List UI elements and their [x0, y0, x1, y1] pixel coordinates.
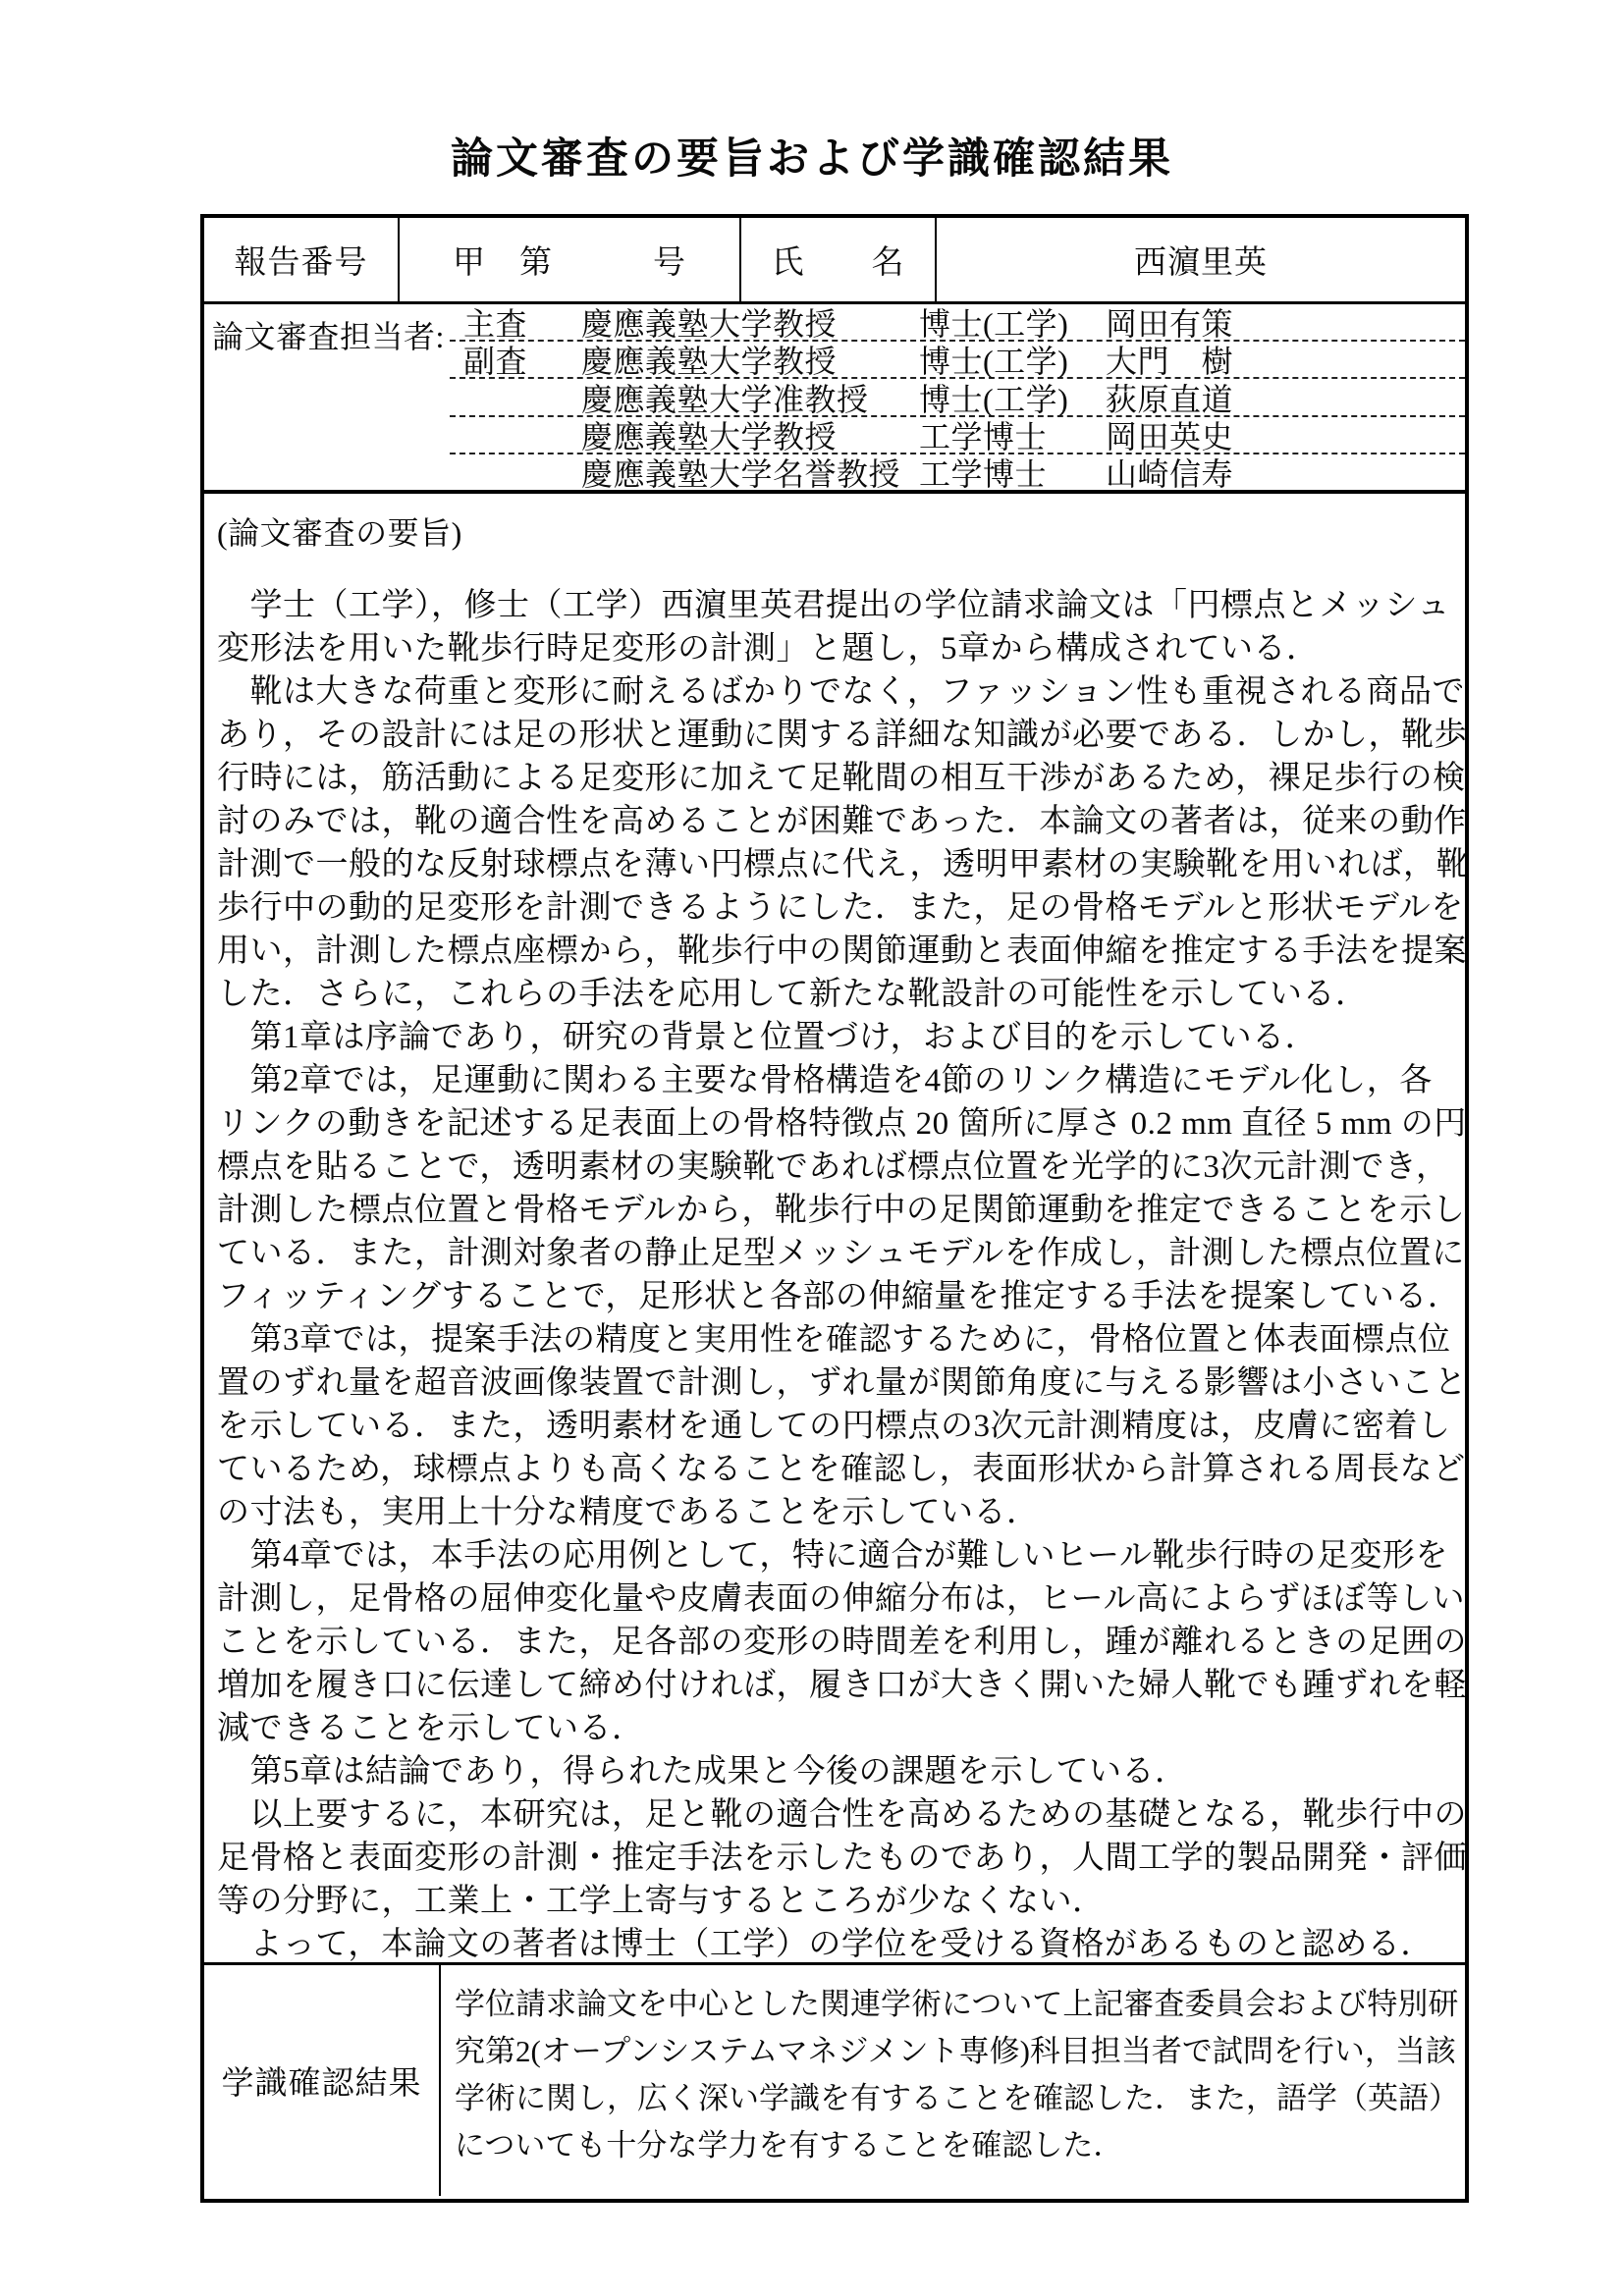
text-line: 第1章は序論であり，研究の背景と位置づけ，および目的を示している．: [217, 1016, 1455, 1059]
text-line: 減できることを示している．: [217, 1707, 1455, 1750]
text-line: 標点を貼ることで，透明素材の実験靴であれば標点位置を光学的に3次元計測でき，: [217, 1146, 1455, 1189]
text-line: 歩行中の動的足変形を計測できるようにした．また，足の骨格モデルと形状モデルを: [217, 886, 1455, 930]
text-line: あり，その設計には足の形状と運動に関する詳細な知識が必要である．しかし，靴歩: [217, 714, 1455, 757]
text-line: 計測で一般的な反射球標点を薄い円標点に代え，透明甲素材の実験靴を用いれば，靴: [217, 843, 1455, 886]
text-line: 行時には，筋活動による足変形に加えて足靴間の相互干渉があるため，裸足歩行の検: [217, 757, 1455, 800]
text-line: 学位請求論文を中心とした関連学術について上記審査委員会および特別研: [455, 1981, 1459, 2028]
text-line: 第3章では，提案手法の精度と実用性を確認するために，骨格位置と体表面標点位: [217, 1318, 1455, 1362]
reviewer-row: 慶應義塾大学名誉教授 工学博士 山崎信寿: [450, 454, 1465, 490]
text-line: 究第2(オープンシステムマネジメント専修)科目担当者で試問を行い，当該: [455, 2028, 1459, 2075]
report-number-value: 甲 第 号: [400, 218, 741, 301]
summary-heading: (論文審査の要旨): [217, 515, 1455, 559]
reviewer-affiliation: 慶應義塾大学名誉教授: [581, 450, 900, 495]
text-line: 置のずれ量を超音波画像装置で計測し，ずれ量が関節角度に与える影響は小さいこと: [217, 1362, 1455, 1405]
reviewer-name: 山崎信寿: [1106, 450, 1233, 495]
text-line: 討のみでは，靴の適合性を高めることが困難であった．本論文の著者は，従来の動作: [217, 800, 1455, 843]
text-line: 学士（工学），修士（工学）西濵里英君提出の学位請求論文は「円標点とメッシュ: [217, 584, 1455, 627]
text-line: した．さらに，これらの手法を応用して新たな靴設計の可能性を示している．: [217, 973, 1455, 1016]
candidate-name-value: 西濵里英: [937, 218, 1465, 301]
text-line: 学術に関し，広く深い学識を有することを確認した．また，語学（英語）: [455, 2075, 1459, 2122]
text-line: よって，本論文の著者は博士（工学）の学位を受ける資格があるものと認める．: [217, 1923, 1455, 1965]
text-line: ことを示している．また，足各部の変形の時間差を利用し，踵が離れるときの足囲の: [217, 1621, 1455, 1664]
report-number-label: 報告番号: [204, 218, 400, 301]
reviewers-section: 論文審査担当者: 主査 慶應義塾大学教授 博士(工学) 岡田有策 副査 慶應義塾…: [204, 304, 1465, 494]
header-row: 報告番号 甲 第 号 氏 名 西濵里英: [204, 218, 1465, 304]
text-line: フィッティングすることで，足形状と各部の伸縮量を推定する手法を提案している．: [217, 1275, 1455, 1318]
review-table: 報告番号 甲 第 号 氏 名 西濵里英 論文審査担当者: 主査 慶應義塾大学教授…: [200, 214, 1469, 2203]
text-line: 以上要するに，本研究は，足と靴の適合性を高めるための基礎となる，靴歩行中の: [217, 1793, 1455, 1837]
document-title: 論文審査の要旨および学識確認結果: [0, 126, 1624, 186]
text-line: 第2章では，足運動に関わる主要な骨格構造を4節のリンク構造にモデル化し，各: [217, 1059, 1455, 1102]
text-line: の寸法も，実用上十分な精度であることを示している．: [217, 1491, 1455, 1534]
text-line: 用い，計測した標点座標から，靴歩行中の関節運動と表面伸縮を推定する手法を提案: [217, 930, 1455, 973]
candidate-name-label: 氏 名: [741, 218, 937, 301]
reviewer-degree: 工学博士: [919, 450, 1047, 495]
text-line: 等の分野に，工業上・工学上寄与するところが少なくない．: [217, 1880, 1455, 1923]
summary-section: (論文審査の要旨) 学士（工学），修士（工学）西濵里英君提出の学位請求論文は「円…: [204, 494, 1465, 1965]
knowledge-check-body: 学位請求論文を中心とした関連学術について上記審査委員会および特別研究第2(オープ…: [441, 1965, 1465, 2196]
text-line: ているため，球標点よりも高くなることを確認し，表面形状から計算される周長など: [217, 1448, 1455, 1491]
text-line: 計測した標点位置と骨格モデルから，靴歩行中の足関節運動を推定できることを示し: [217, 1189, 1455, 1232]
text-line: 靴は大きな荷重と変形に耐えるばかりでなく，ファッション性も重視される商品で: [217, 670, 1455, 714]
text-line: 足骨格と表面変形の計測・推定手法を示したものであり，人間工学的製品開発・評価: [217, 1837, 1455, 1880]
text-line: を示している．また，透明素材を通しての円標点の3次元計測精度は，皮膚に密着し: [217, 1405, 1455, 1448]
knowledge-check-section: 学識確認結果 学位請求論文を中心とした関連学術について上記審査委員会および特別研…: [204, 1965, 1465, 2196]
text-line: 増加を履き口に伝達して締め付ければ，履き口が大きく開いた婦人靴でも踵ずれを軽: [217, 1664, 1455, 1707]
text-line: ている．また，計測対象者の静止足型メッシュモデルを作成し，計測した標点位置に: [217, 1232, 1455, 1275]
reviewer-role: 副査: [463, 337, 527, 382]
text-line: 第4章では，本手法の応用例として，特に適合が難しいヒール靴歩行時の足変形を: [217, 1534, 1455, 1577]
text-line: 第5章は結論であり，得られた成果と今後の課題を示している．: [217, 1750, 1455, 1793]
reviewers-label: 論文審査担当者:: [212, 312, 445, 357]
text-line: リンクの動きを記述する足表面上の骨格特徴点 20 箇所に厚さ 0.2 mm 直径…: [217, 1102, 1455, 1146]
knowledge-check-label: 学識確認結果: [204, 1965, 441, 2196]
reviewers-list: 主査 慶應義塾大学教授 博士(工学) 岡田有策 副査 慶應義塾大学教授 博士(工…: [450, 304, 1465, 490]
text-line: 計測し，足骨格の屈伸変化量や皮膚表面の伸縮分布は，ヒール高によらずほぼ等しい: [217, 1577, 1455, 1621]
text-line: についても十分な学力を有することを確認した．: [455, 2122, 1459, 2169]
text-line: 変形法を用いた靴歩行時足変形の計測」と題し，5章から構成されている．: [217, 627, 1455, 670]
summary-body: 学士（工学），修士（工学）西濵里英君提出の学位請求論文は「円標点とメッシュ変形法…: [217, 584, 1455, 1965]
